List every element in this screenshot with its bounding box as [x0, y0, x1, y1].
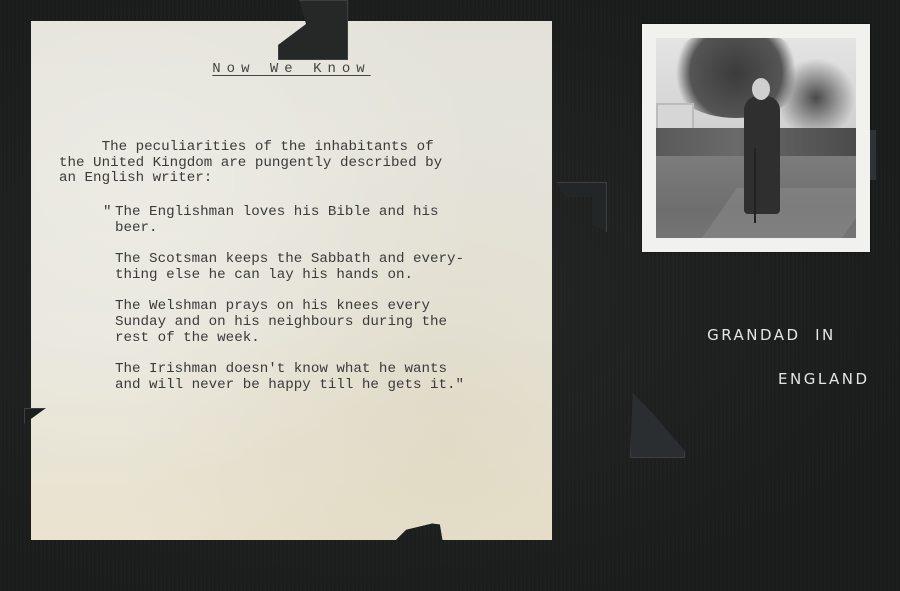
photo-image	[656, 38, 856, 238]
photo-walking-cane	[754, 148, 756, 223]
quote-irishman: The Irishman doesn't know what he wants …	[115, 362, 555, 394]
intro-paragraph: The peculiarities of the inhabitants of …	[59, 140, 539, 187]
album-page: Now We Know The peculiarities of the inh…	[0, 0, 900, 591]
photograph	[642, 24, 870, 252]
photo-man-head	[752, 78, 770, 100]
photo-corner-empty-bottom	[630, 393, 685, 458]
photo-tree	[776, 58, 856, 138]
quote-block: "The Englishman loves his Bible and his …	[115, 205, 555, 409]
photo-man	[744, 96, 780, 214]
handwritten-caption: GRANDAD IN ENGLAND	[678, 302, 870, 434]
edge-mark	[870, 130, 876, 180]
caption-line-2: ENGLAND	[678, 368, 870, 390]
open-quote-mark: "	[103, 205, 112, 221]
typed-sheet: Now We Know The peculiarities of the inh…	[31, 21, 552, 540]
photo-corner-empty-top	[557, 182, 607, 232]
quote-welshman: The Welshman prays on his knees every Su…	[115, 299, 555, 346]
caption-line-1: GRANDAD IN	[707, 326, 836, 344]
sheet-title: Now We Know	[31, 61, 552, 77]
quote-text: The Englishman loves his Bible and his b…	[115, 204, 439, 236]
quote-scotsman: The Scotsman keeps the Sabbath and every…	[115, 252, 555, 284]
quote-englishman: "The Englishman loves his Bible and his …	[115, 205, 555, 237]
